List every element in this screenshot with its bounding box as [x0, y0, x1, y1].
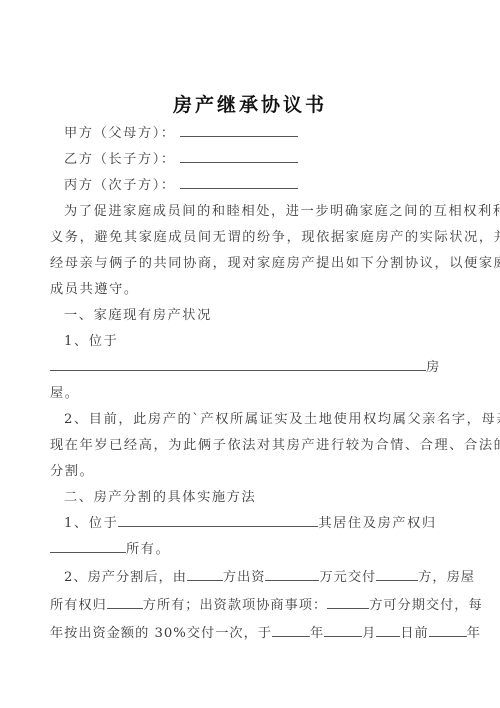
owner-blank	[50, 540, 126, 553]
section1-item1-end: 屋。	[50, 382, 446, 401]
party-b-blank	[180, 150, 298, 163]
location-blank	[118, 514, 318, 527]
section1-item1-prefix: 1、位于	[64, 330, 460, 349]
blank	[327, 596, 369, 609]
section1-item2-line: 现在年岁已经高，为此俩子依法对其房产进行较为合情、合理、合法的	[50, 434, 446, 453]
party-c-blank	[180, 176, 298, 189]
suffix: 房	[426, 360, 441, 375]
blank	[324, 624, 362, 637]
t: 万元交付	[319, 570, 376, 585]
mid: 其居住及房产权归	[318, 516, 436, 531]
t: 月	[362, 626, 376, 641]
party-c-label: 丙方（次子方）：	[64, 178, 176, 193]
party-b-label: 乙方（长子方）：	[64, 152, 176, 167]
section1-item2-line: 分割。	[50, 460, 446, 479]
section1-heading: 一、家庭现有房产状况	[64, 304, 460, 323]
section2-item1: 1、位于其居住及房产权归	[64, 512, 460, 531]
t: 年	[310, 626, 324, 641]
t: 方所有；出资款项协商事项：	[143, 598, 327, 613]
preamble-line: 为了促进家庭成员间的和睦相处，进一步明确家庭之间的互相权利和	[64, 200, 460, 219]
section2-heading: 二、房产分割的具体实施方法	[64, 486, 460, 505]
blank	[107, 596, 143, 609]
blank	[376, 568, 418, 581]
t: 方，房屋	[418, 570, 475, 585]
address-blank	[50, 358, 426, 371]
t: 方可分期交付，每	[369, 598, 483, 613]
t: 年	[467, 626, 481, 641]
section2-item2-l3: 年按出资金额的 30%交付一次，于年月日前年	[50, 622, 446, 641]
section2-item2-l2: 所有权归方所有；出资款项协商事项：方可分期交付，每	[50, 594, 446, 613]
blank	[272, 624, 310, 637]
t: 2、房产分割后，由	[64, 570, 187, 585]
blank	[187, 568, 223, 581]
section1-item1-line: 房	[50, 356, 446, 375]
party-b: 乙方（长子方）：	[64, 148, 460, 167]
blank	[429, 624, 467, 637]
section1-item2-line: 2、目前，此房产的`产权所属证实及土地使用权均属父亲名字，母亲	[64, 408, 460, 427]
preamble-line: 义务，避免其家庭成员间无谓的纷争，现依据家庭房产的实际状况，并	[50, 226, 446, 245]
document-title: 房产继承协议书	[0, 90, 500, 117]
t: 日前	[400, 626, 428, 641]
party-a-label: 甲方（父母方）：	[64, 126, 176, 141]
party-c: 丙方（次子方）：	[64, 174, 460, 193]
section2-item1-end: 所有。	[50, 538, 446, 557]
blank	[376, 624, 400, 637]
preamble-line: 经母亲与俩子的共同协商，现对家庭房产提出如下分割协议，以便家庭	[50, 252, 446, 271]
party-a-blank	[180, 124, 298, 137]
blank	[265, 568, 319, 581]
end: 所有。	[126, 542, 170, 557]
prefix: 1、位于	[64, 516, 118, 531]
t: 方出资	[223, 570, 266, 585]
party-a: 甲方（父母方）：	[64, 122, 460, 141]
t: 年按出资金额的 30%交付一次，于	[50, 626, 272, 641]
preamble-line: 成员共遵守。	[50, 278, 446, 297]
t: 所有权归	[50, 598, 107, 613]
section2-item2-l1: 2、房产分割后，由方出资万元交付方，房屋	[64, 566, 460, 585]
